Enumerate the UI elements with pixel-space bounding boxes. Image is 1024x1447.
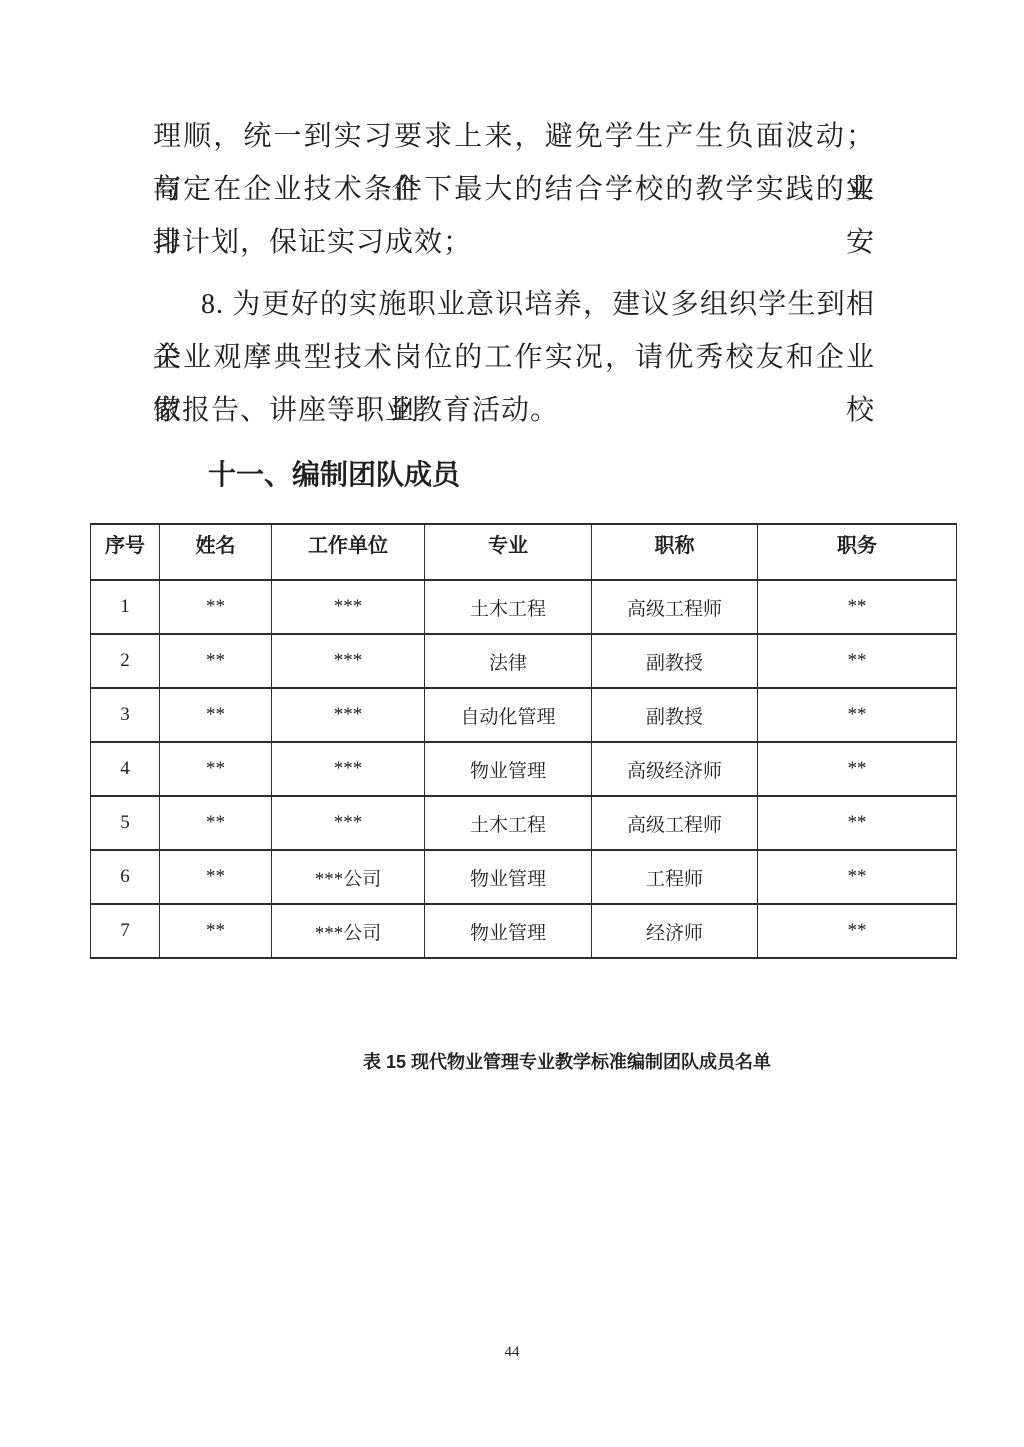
table-cell: 工程师 — [592, 850, 758, 904]
table-cell: 高级工程师 — [592, 796, 758, 850]
table-cell: ** — [758, 688, 957, 742]
body-line: 理顺，统一到实习要求上来，避免学生产生负面波动；与企 业 — [153, 110, 875, 163]
table-cell: ** — [758, 796, 957, 850]
table-cell: 高级工程师 — [592, 580, 758, 634]
table-header-row: 序号 姓名 工作单位 专业 职称 职务 — [91, 524, 957, 580]
table-caption: 表 15 现代物业管理专业教学标准编制团队成员名单 — [0, 1048, 1024, 1076]
table-cell: ***公司 — [272, 850, 425, 904]
table-cell: *** — [272, 688, 425, 742]
table-cell: ** — [758, 904, 957, 958]
table-cell: 高级经济师 — [592, 742, 758, 796]
document-page: 理顺，统一到实习要求上来，避免学生产生负面波动；与企 业 商定在企业技术条件下最… — [0, 0, 1024, 1447]
table-cell: 物业管理 — [425, 850, 592, 904]
table-cell: 4 — [91, 742, 160, 796]
table-cell: 土木工程 — [425, 796, 592, 850]
body-text: 理顺，统一到实习要求上来，避免学生产生负面波动；与企 业 商定在企业技术条件下最… — [153, 110, 875, 496]
body-line: 企业观摩典型技术岗位的工作实况，请优秀校友和企业家到 校 — [153, 331, 875, 384]
table-row: 7 ** ***公司 物业管理 经济师 ** — [91, 904, 957, 958]
table-cell: 5 — [91, 796, 160, 850]
table-cell: ** — [758, 580, 957, 634]
team-members-table: 序号 姓名 工作单位 专业 职称 职务 1 ** *** 土木工程 高级工程师 … — [90, 523, 957, 959]
table-cell: ** — [758, 742, 957, 796]
body-line: 8. 为更好的实施职业意识培养，建议多组织学生到相关 — [153, 278, 875, 331]
table-header-cell: 专业 — [425, 524, 592, 580]
table-cell: ***公司 — [272, 904, 425, 958]
table-header-cell: 序号 — [91, 524, 160, 580]
table-cell: ** — [160, 742, 272, 796]
table-row: 2 ** *** 法律 副教授 ** — [91, 634, 957, 688]
table-cell: *** — [272, 580, 425, 634]
table-cell: 副教授 — [592, 688, 758, 742]
table-cell: 3 — [91, 688, 160, 742]
table-cell: 6 — [91, 850, 160, 904]
table-row: 4 ** *** 物业管理 高级经济师 ** — [91, 742, 957, 796]
table-row: 1 ** *** 土木工程 高级工程师 ** — [91, 580, 957, 634]
table-cell: ** — [160, 634, 272, 688]
table-cell: ** — [160, 904, 272, 958]
table-cell: 1 — [91, 580, 160, 634]
table-cell: *** — [272, 634, 425, 688]
table-row: 3 ** *** 自动化管理 副教授 ** — [91, 688, 957, 742]
table-cell: 副教授 — [592, 634, 758, 688]
table-header-cell: 职务 — [758, 524, 957, 580]
table-cell: 自动化管理 — [425, 688, 592, 742]
table-cell: *** — [272, 742, 425, 796]
table-cell: 物业管理 — [425, 904, 592, 958]
table-cell: ** — [758, 850, 957, 904]
table-cell: ** — [160, 580, 272, 634]
table-row: 6 ** ***公司 物业管理 工程师 ** — [91, 850, 957, 904]
table-cell: 经济师 — [592, 904, 758, 958]
table-cell: 物业管理 — [425, 742, 592, 796]
table-cell: ** — [160, 850, 272, 904]
table-header-cell: 姓名 — [160, 524, 272, 580]
page-number: 44 — [0, 1341, 1024, 1363]
table-row: 5 ** *** 土木工程 高级工程师 ** — [91, 796, 957, 850]
table-cell: 法律 — [425, 634, 592, 688]
body-line: 商定在企业技术条件下最大的结合学校的教学实践的实 习安 — [153, 163, 875, 216]
table-header-cell: 工作单位 — [272, 524, 425, 580]
table-cell: *** — [272, 796, 425, 850]
table-header-cell: 职称 — [592, 524, 758, 580]
section-heading: 十一、编制团队成员 — [153, 454, 875, 496]
table-cell: 土木工程 — [425, 580, 592, 634]
table-cell: ** — [160, 688, 272, 742]
table-cell: 2 — [91, 634, 160, 688]
table-cell: ** — [160, 796, 272, 850]
table-cell: 7 — [91, 904, 160, 958]
table-cell: ** — [758, 634, 957, 688]
